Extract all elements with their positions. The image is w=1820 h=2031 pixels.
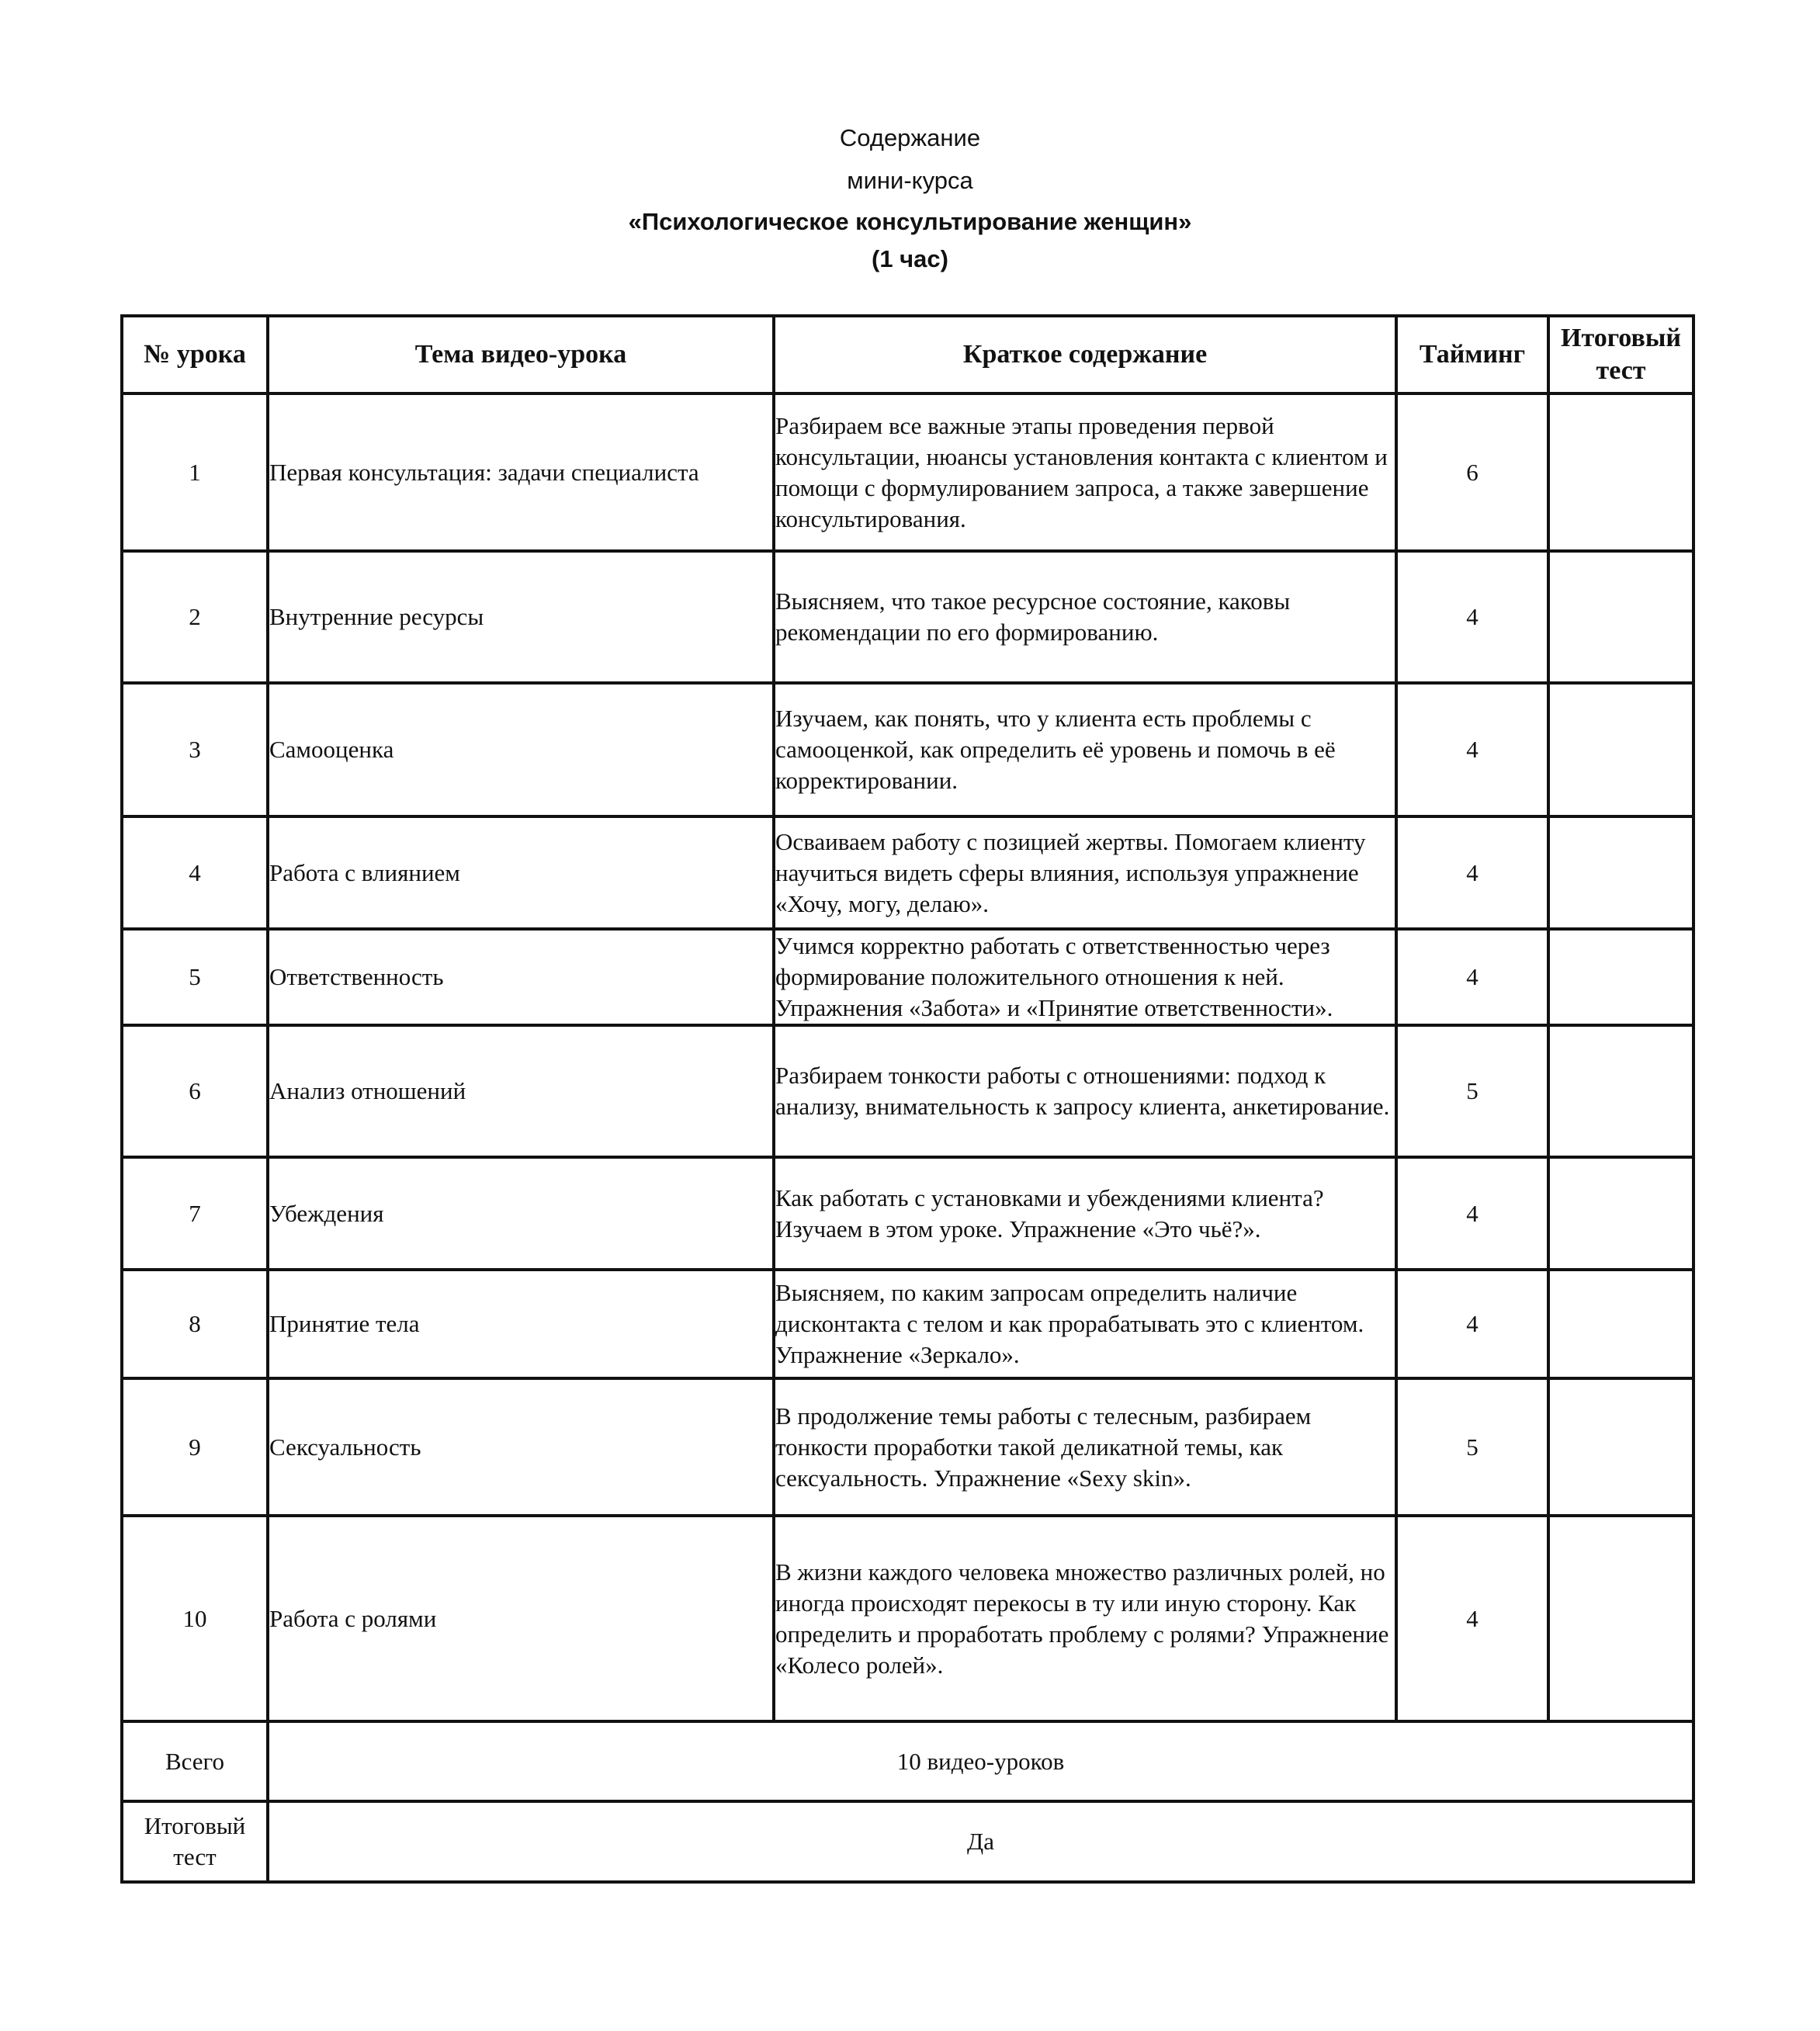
table-row: 8Принятие телаВыясняем, по каким запроса… bbox=[122, 1270, 1693, 1378]
table-row: 3СамооценкаИзучаем, как понять, что у кл… bbox=[122, 683, 1693, 816]
lesson-number: 8 bbox=[122, 1270, 268, 1378]
lesson-number: 6 bbox=[122, 1025, 268, 1157]
lesson-timing: 5 bbox=[1396, 1378, 1548, 1516]
lesson-summary: В продолжение темы работы с телесным, ра… bbox=[774, 1378, 1396, 1516]
lesson-summary: Разбираем тонкости работы с отношениями:… bbox=[774, 1025, 1396, 1157]
lesson-summary: Осваиваем работу с позицией жертвы. Помо… bbox=[774, 816, 1396, 929]
lesson-timing: 4 bbox=[1396, 551, 1548, 683]
lesson-topic: Ответственность bbox=[268, 929, 774, 1025]
lesson-number: 2 bbox=[122, 551, 268, 683]
table-row: 2Внутренние ресурсыВыясняем, что такое р… bbox=[122, 551, 1693, 683]
lesson-timing: 5 bbox=[1396, 1025, 1548, 1157]
table-row: 6Анализ отношенийРазбираем тонкости рабо… bbox=[122, 1025, 1693, 1157]
lesson-summary: Разбираем все важные этапы проведения пе… bbox=[774, 393, 1396, 551]
lesson-topic: Работа с ролями bbox=[268, 1516, 774, 1721]
table-row: 1Первая консультация: задачи специалиста… bbox=[122, 393, 1693, 551]
lesson-topic: Анализ отношений bbox=[268, 1025, 774, 1157]
lesson-final-test bbox=[1548, 1270, 1693, 1378]
lesson-summary: Учимся корректно работать с ответственно… bbox=[774, 929, 1396, 1025]
lesson-final-test bbox=[1548, 816, 1693, 929]
lesson-number: 4 bbox=[122, 816, 268, 929]
lesson-timing: 4 bbox=[1396, 683, 1548, 816]
course-title: «Психологическое консультирование женщин… bbox=[0, 208, 1820, 236]
lesson-summary: Выясняем, по каким запросам определить н… bbox=[774, 1270, 1396, 1378]
lesson-number: 9 bbox=[122, 1378, 268, 1516]
table-row: 4Работа с влияниемОсваиваем работу с поз… bbox=[122, 816, 1693, 929]
lesson-topic: Самооценка bbox=[268, 683, 774, 816]
column-header-summary: Краткое содержание bbox=[774, 316, 1396, 393]
lesson-topic: Принятие тела bbox=[268, 1270, 774, 1378]
lesson-topic: Сексуальность bbox=[268, 1378, 774, 1516]
final-test-value: Да bbox=[268, 1801, 1693, 1882]
lesson-number: 1 bbox=[122, 393, 268, 551]
heading-contents: Содержание bbox=[0, 124, 1820, 152]
lesson-summary: Выясняем, что такое ресурсное состояние,… bbox=[774, 551, 1396, 683]
lesson-final-test bbox=[1548, 393, 1693, 551]
lesson-final-test bbox=[1548, 1025, 1693, 1157]
lesson-final-test bbox=[1548, 1516, 1693, 1721]
column-header-final-test: Итоговый тест bbox=[1548, 316, 1693, 393]
course-duration: (1 час) bbox=[0, 245, 1820, 273]
lesson-timing: 4 bbox=[1396, 1270, 1548, 1378]
lesson-timing: 4 bbox=[1396, 929, 1548, 1025]
lesson-topic: Убеждения bbox=[268, 1157, 774, 1270]
lesson-timing: 6 bbox=[1396, 393, 1548, 551]
course-contents-table: № урока Тема видео-урока Краткое содержа… bbox=[120, 314, 1695, 1884]
column-header-topic: Тема видео-урока bbox=[268, 316, 774, 393]
lesson-final-test bbox=[1548, 683, 1693, 816]
lesson-number: 10 bbox=[122, 1516, 268, 1721]
column-header-timing: Тайминг bbox=[1396, 316, 1548, 393]
heading-mini-course: мини-курса bbox=[0, 167, 1820, 195]
lesson-summary: Как работать с установками и убеждениями… bbox=[774, 1157, 1396, 1270]
lesson-topic: Работа с влиянием bbox=[268, 816, 774, 929]
lesson-timing: 4 bbox=[1396, 1157, 1548, 1270]
lesson-final-test bbox=[1548, 929, 1693, 1025]
lesson-number: 3 bbox=[122, 683, 268, 816]
lesson-number: 7 bbox=[122, 1157, 268, 1270]
final-test-label: Итоговый тест bbox=[122, 1801, 268, 1882]
lesson-timing: 4 bbox=[1396, 816, 1548, 929]
lesson-topic: Первая консультация: задачи специалиста bbox=[268, 393, 774, 551]
table-row: 5ОтветственностьУчимся корректно работат… bbox=[122, 929, 1693, 1025]
lesson-number: 5 bbox=[122, 929, 268, 1025]
column-header-lesson-number: № урока bbox=[122, 316, 268, 393]
lesson-topic: Внутренние ресурсы bbox=[268, 551, 774, 683]
table-row: 10Работа с ролямиВ жизни каждого человек… bbox=[122, 1516, 1693, 1721]
lesson-summary: В жизни каждого человека множество разли… bbox=[774, 1516, 1396, 1721]
table-row: 9СексуальностьВ продолжение темы работы … bbox=[122, 1378, 1693, 1516]
total-value: 10 видео-уроков bbox=[268, 1721, 1693, 1801]
final-test-row: Итоговый тест Да bbox=[122, 1801, 1693, 1882]
lesson-final-test bbox=[1548, 1378, 1693, 1516]
total-label: Всего bbox=[122, 1721, 268, 1801]
lesson-summary: Изучаем, как понять, что у клиента есть … bbox=[774, 683, 1396, 816]
table-row: 7УбежденияКак работать с установками и у… bbox=[122, 1157, 1693, 1270]
table-header-row: № урока Тема видео-урока Краткое содержа… bbox=[122, 316, 1693, 393]
lesson-final-test bbox=[1548, 1157, 1693, 1270]
total-row: Всего 10 видео-уроков bbox=[122, 1721, 1693, 1801]
lesson-timing: 4 bbox=[1396, 1516, 1548, 1721]
lesson-final-test bbox=[1548, 551, 1693, 683]
